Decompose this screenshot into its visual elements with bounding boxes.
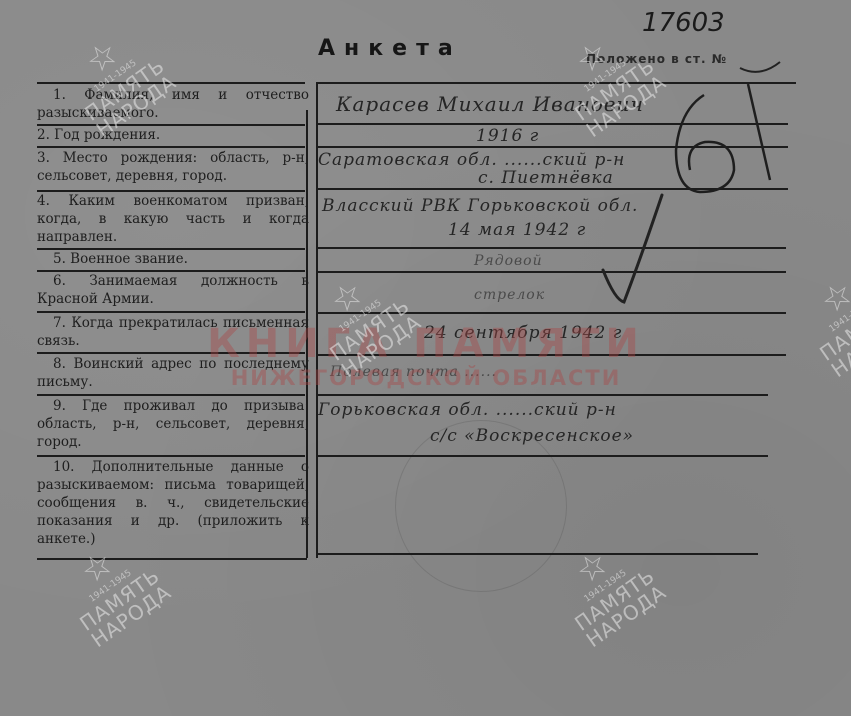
stamp-squiggle [740, 62, 780, 72]
slash-stroke [748, 84, 770, 180]
red-watermark-line1: КНИГА ПАМЯТИ [196, 322, 656, 366]
red-watermark-line2: НИЖЕГОРОДСКОЙ ОБЛАСТИ [196, 366, 656, 390]
circled-six-icon [676, 95, 734, 192]
red-watermark: КНИГА ПАМЯТИ НИЖЕГОРОДСКОЙ ОБЛАСТИ [196, 322, 656, 390]
check-mark-icon [603, 195, 662, 302]
document-scan: 17603 Положено в ст. № Анкета 1. Фамилия… [0, 0, 851, 716]
